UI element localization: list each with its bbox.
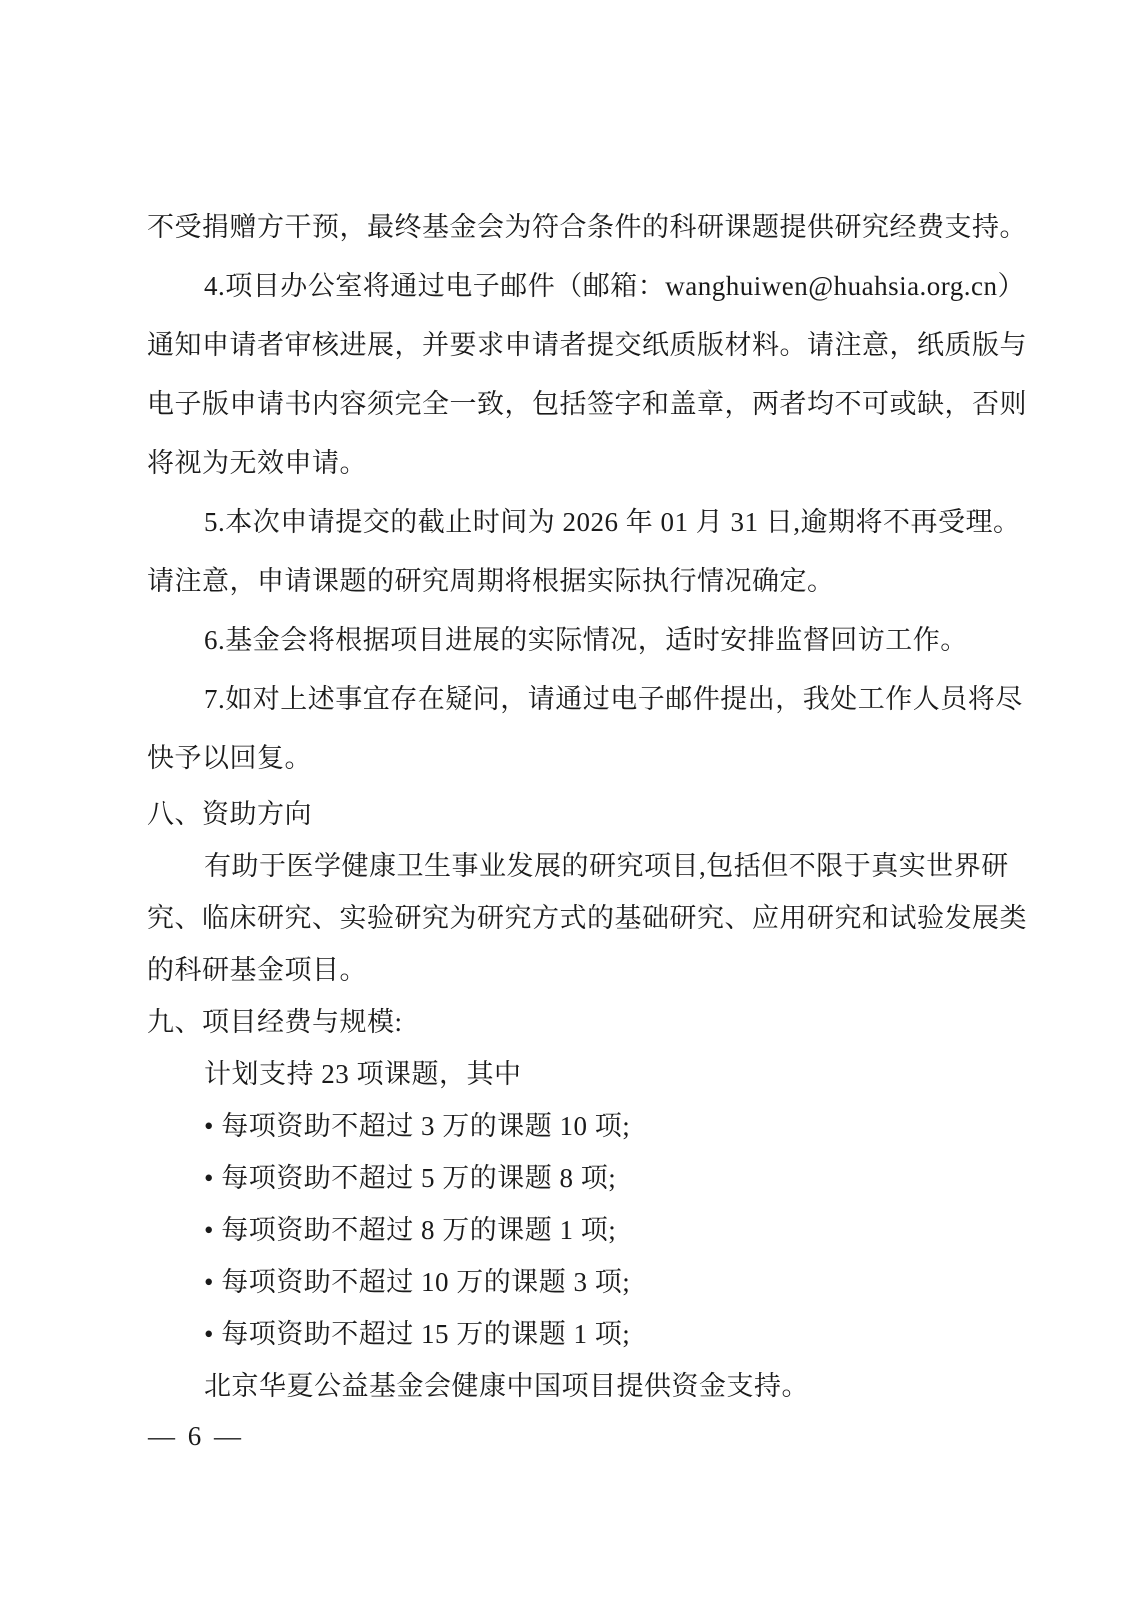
item-7-line-1: 7.如对上述事宜存在疑问，请通过电子邮件提出，我处工作人员将尽 (147, 670, 992, 729)
section-body-top: 不受捐赠方干预，最终基金会为符合条件的科研课题提供研究经费支持。4.项目办公室将… (147, 198, 992, 788)
section-8-para-line-3: 的科研基金项目。 (147, 944, 992, 996)
item-4-line-1: 4.项目办公室将通过电子邮件（邮箱：wanghuiwen@huahsia.org… (147, 257, 992, 316)
funding-bullet-5w: • 每项资助不超过 5 万的课题 8 项; (147, 1152, 992, 1204)
item-5-line-1: 5.本次申请提交的截止时间为 2026 年 01 月 31 日,逾期将不再受理。 (147, 493, 992, 552)
item-7-line-2: 快予以回复。 (147, 729, 992, 788)
section-body-bottom: 八、资助方向有助于医学健康卫生事业发展的研究项目,包括但不限于真实世界研究、临床… (147, 788, 992, 1412)
section-9-heading: 九、项目经费与规模: (147, 996, 992, 1048)
funding-bullet-8w: • 每项资助不超过 8 万的课题 1 项; (147, 1204, 992, 1256)
item-5-line-2: 请注意，申请课题的研究周期将根据实际执行情况确定。 (147, 552, 992, 611)
item-6-line-1: 6.基金会将根据项目进展的实际情况，适时安排监督回访工作。 (147, 611, 992, 670)
item-4-line-4: 将视为无效申请。 (147, 434, 992, 493)
section-9-intro-line: 计划支持 23 项课题，其中 (147, 1048, 992, 1100)
funding-source-line: 北京华夏公益基金会健康中国项目提供资金支持。 (147, 1360, 992, 1412)
document-page: 不受捐赠方干预，最终基金会为符合条件的科研课题提供研究经费支持。4.项目办公室将… (0, 0, 1131, 1600)
section-8-para-line-2: 究、临床研究、实验研究为研究方式的基础研究、应用研究和试验发展类 (147, 892, 992, 944)
document-body: 不受捐赠方干预，最终基金会为符合条件的科研课题提供研究经费支持。4.项目办公室将… (147, 198, 992, 1412)
funding-bullet-15w: • 每项资助不超过 15 万的课题 1 项; (147, 1308, 992, 1360)
paragraph-continuation-line: 不受捐赠方干预，最终基金会为符合条件的科研课题提供研究经费支持。 (147, 198, 992, 257)
item-4-line-2: 通知申请者审核进展，并要求申请者提交纸质版材料。请注意，纸质版与 (147, 316, 992, 375)
section-8-para-line-1: 有助于医学健康卫生事业发展的研究项目,包括但不限于真实世界研 (147, 840, 992, 892)
section-8-heading: 八、资助方向 (147, 788, 992, 840)
page-number: — 6 — (148, 1410, 244, 1462)
item-4-line-3: 电子版申请书内容须完全一致，包括签字和盖章，两者均不可或缺，否则 (147, 375, 992, 434)
funding-bullet-10w: • 每项资助不超过 10 万的课题 3 项; (147, 1256, 992, 1308)
funding-bullet-3w: • 每项资助不超过 3 万的课题 10 项; (147, 1100, 992, 1152)
